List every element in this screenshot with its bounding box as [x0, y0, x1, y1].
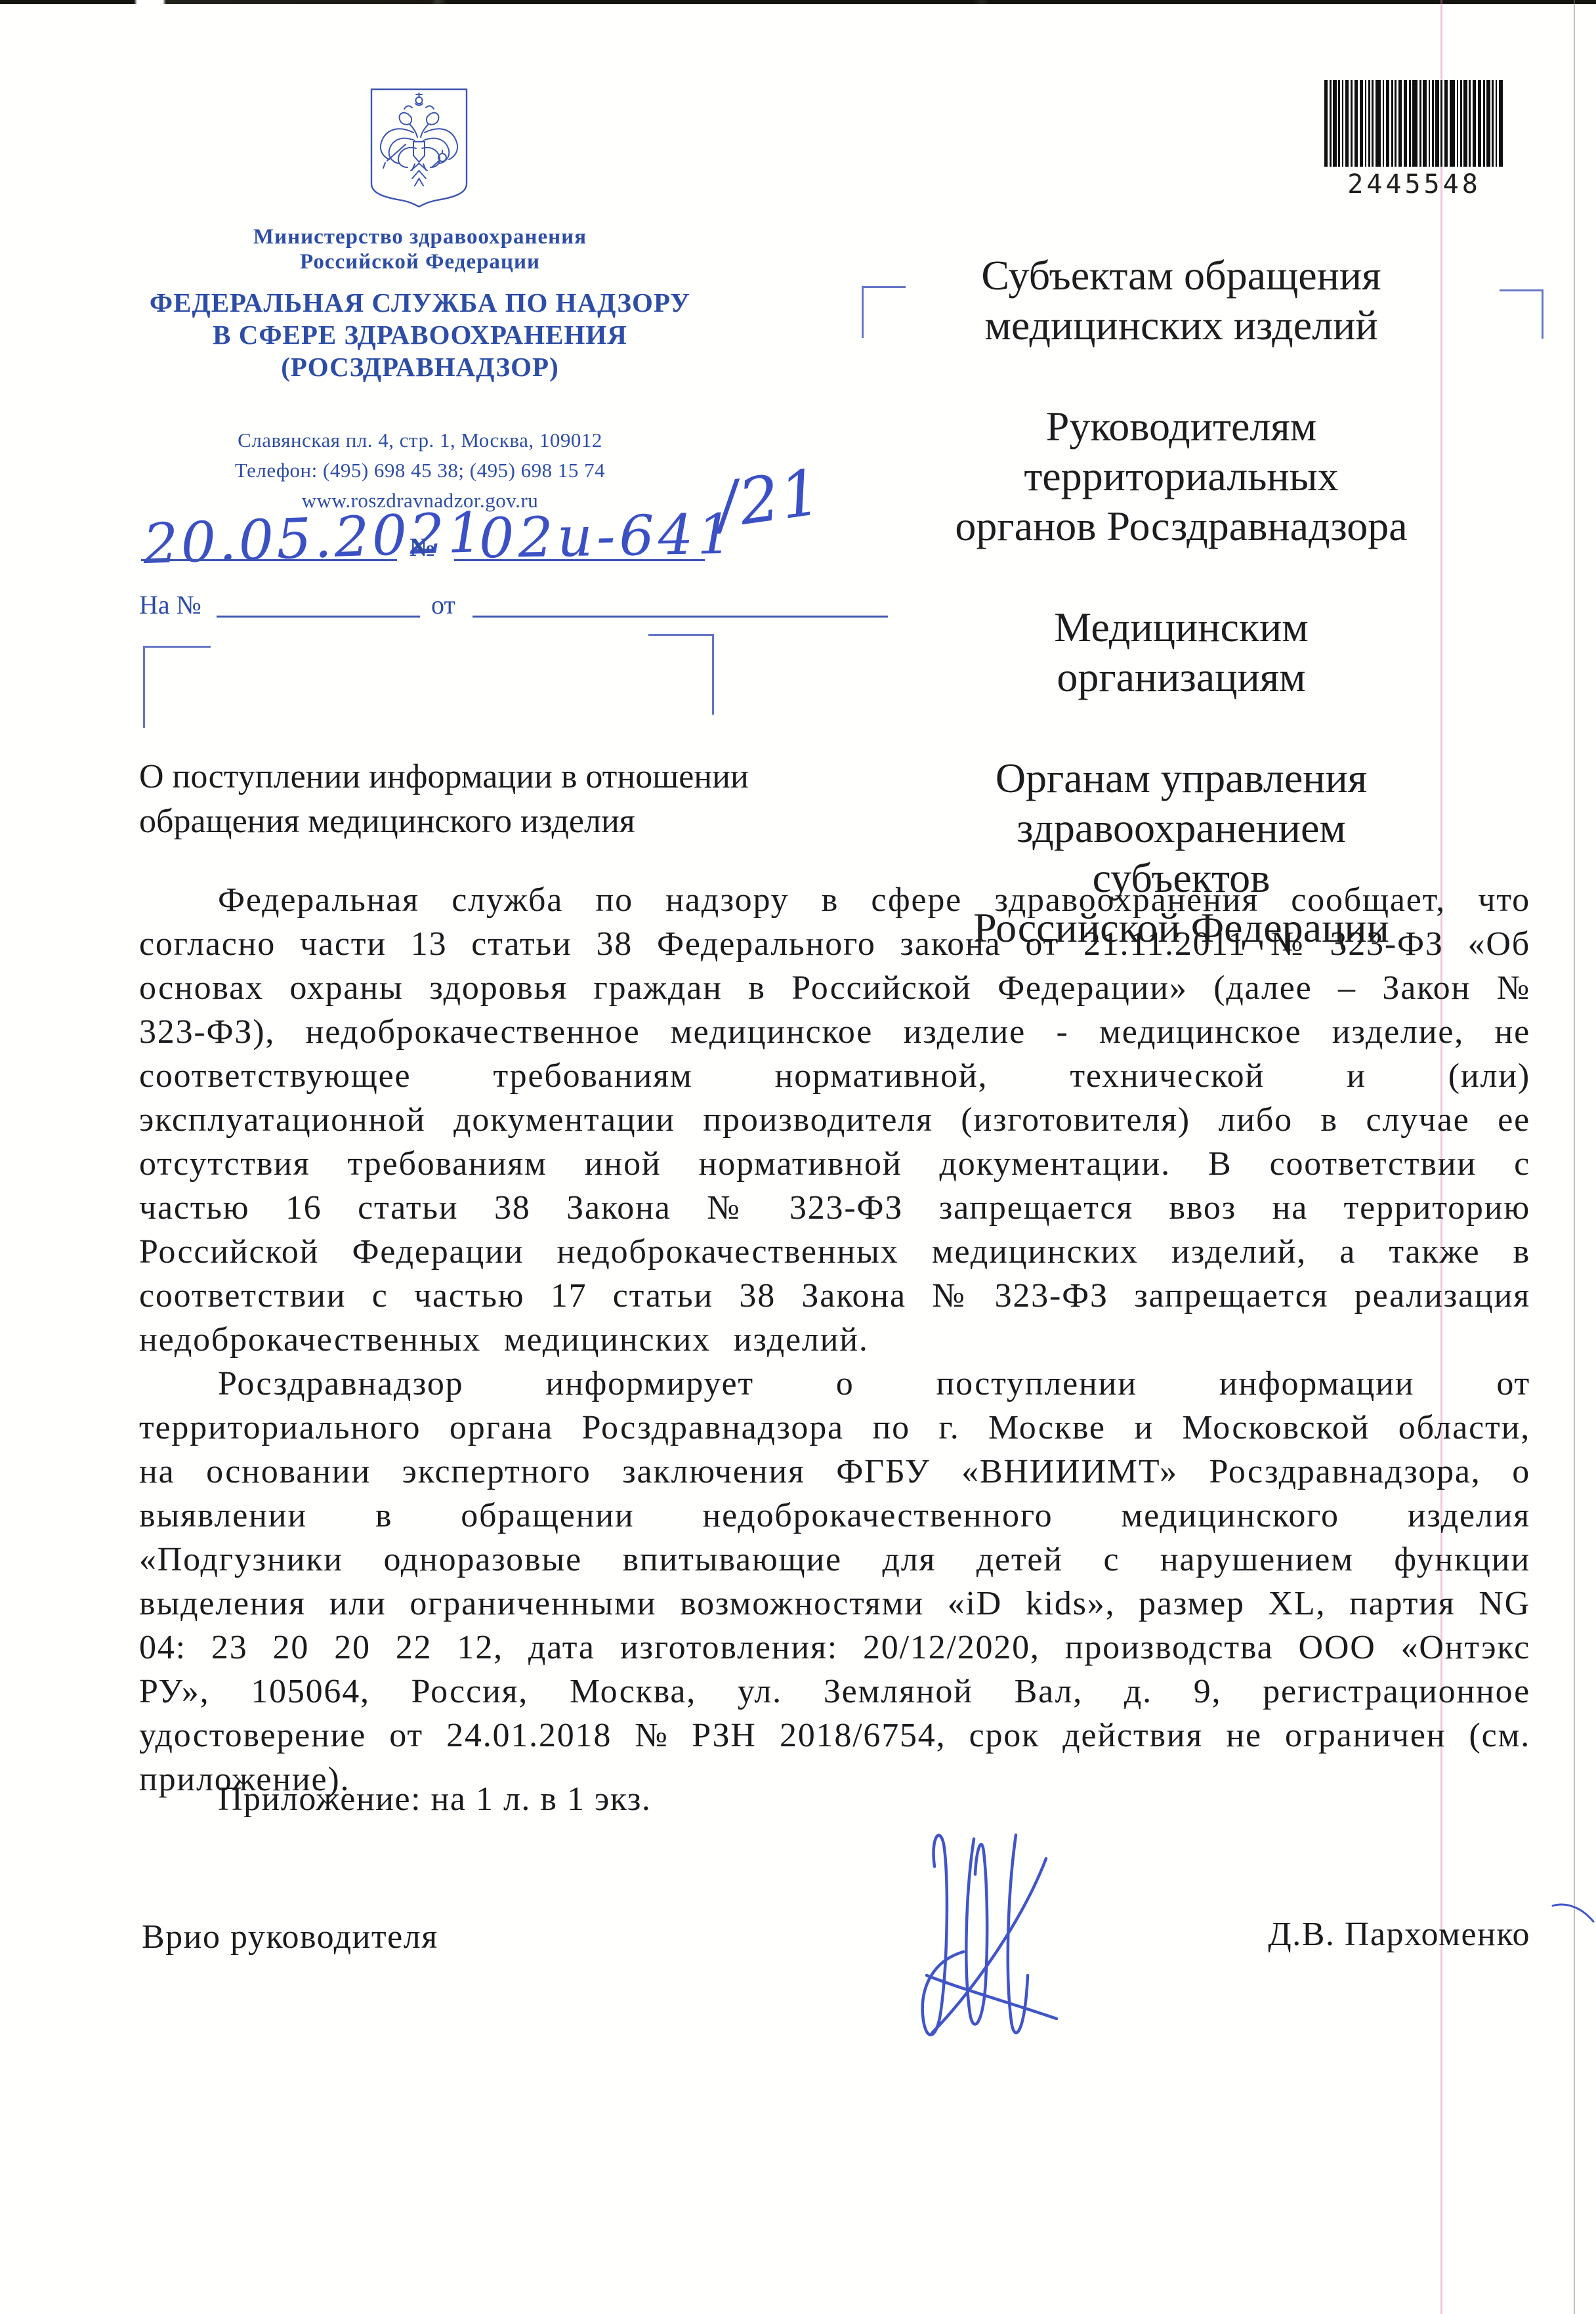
reg-number-handwritten: 02и-641 — [478, 507, 736, 566]
subject-line: О поступлении информации в отношении обр… — [139, 755, 795, 844]
letter-body: Федеральная служба по надзору в сфере зд… — [139, 878, 1530, 1801]
reply-no-label: На № — [139, 589, 201, 620]
number-blank-line — [454, 559, 705, 561]
corner-mark-addressee-right — [1500, 289, 1543, 339]
reg-number-suffix-handwritten: /21 — [713, 460, 826, 537]
ministry-name: Министерство здравоохранения Российской … — [157, 224, 682, 274]
reply-from-blank-line — [472, 616, 888, 618]
reply-from-label: от — [431, 589, 455, 620]
corner-mark-addressee-left — [862, 286, 906, 338]
org-address: Славянская пл. 4, стр. 1, Москва, 109012 — [125, 425, 715, 455]
reply-no-blank-line — [217, 616, 420, 618]
signer-name: Д.В. Пархоменко — [1234, 1915, 1530, 1954]
barcode: 2445548 — [1316, 80, 1513, 200]
addressee: Руководителям территориальных органов Ро… — [938, 402, 1424, 551]
corner-mark-subject-left — [143, 646, 211, 728]
org-phone: Телефон: (495) 698 45 38; (495) 698 15 7… — [125, 455, 715, 486]
russia-coat-of-arms-icon — [367, 87, 471, 209]
attachment-line: Приложение: на 1 л. в 1 экз. — [139, 1780, 1137, 1819]
addressee: Медицинским организациям — [938, 602, 1424, 702]
corner-mark-subject-right — [648, 634, 714, 715]
barcode-icon — [1316, 80, 1513, 167]
body-paragraph: Росздравнадзор информирует о поступлении… — [139, 1362, 1530, 1801]
date-blank-line — [141, 559, 397, 561]
numero-sign: № — [409, 532, 436, 562]
signer-title: Врио руководителя — [142, 1918, 438, 1956]
barcode-number: 2445548 — [1316, 169, 1513, 200]
pen-mark-artifact — [1550, 1901, 1596, 1927]
scan-edge-artifact-top — [0, 0, 1596, 4]
service-name: ФЕДЕРАЛЬНАЯ СЛУЖБА ПО НАДЗОРУ В СФЕРЕ ЗД… — [92, 287, 748, 383]
scanned-letter-page: 2445548 Министерство здравоохранения Рос… — [0, 0, 1596, 2314]
body-paragraph: Федеральная служба по надзору в сфере зд… — [139, 878, 1530, 1362]
signature-scribble-icon — [900, 1824, 1064, 2061]
scan-line-artifact-gray — [1574, 0, 1575, 2314]
addressee: Субъектам обращения медицинских изделий — [938, 251, 1424, 350]
